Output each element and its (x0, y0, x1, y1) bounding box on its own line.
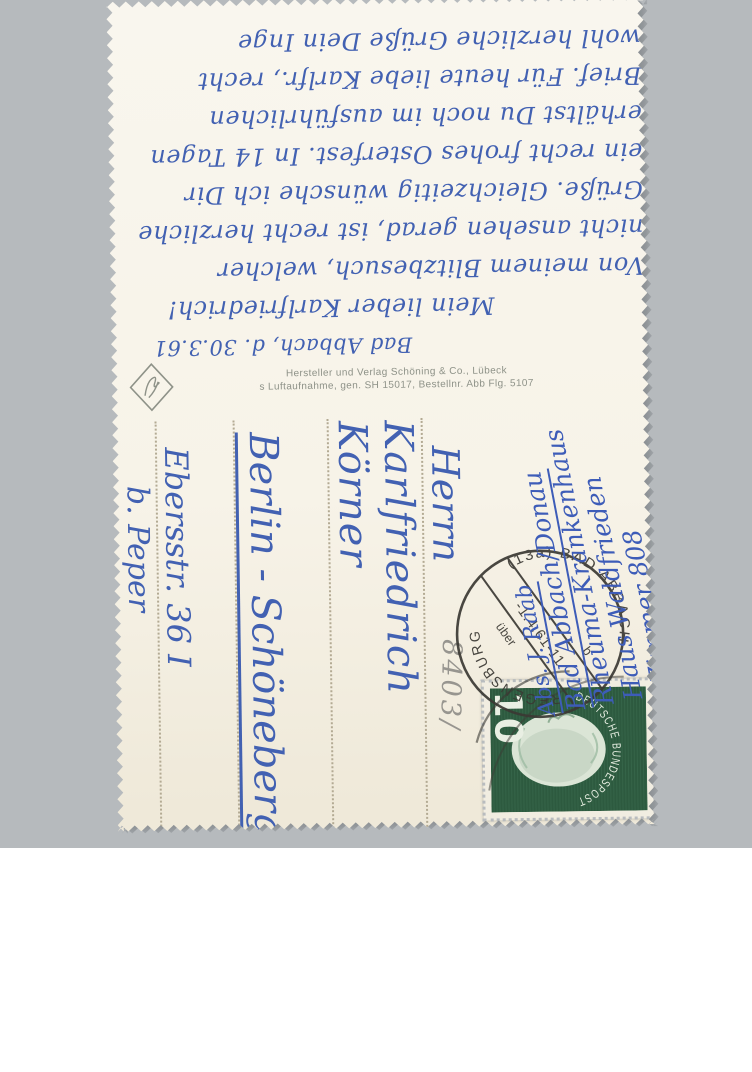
address-line-row: Karlfriedrich Körner (327, 418, 427, 844)
address-co-line: b. Peper (121, 486, 153, 613)
address-recipient-title: Herrn (423, 445, 469, 562)
message-dateline: Bad Abbach, d. 30.3.61 (137, 322, 645, 367)
scan-mat (0, 848, 752, 1072)
address-line-row: Ebersstr. 36 I (155, 421, 239, 847)
address-city: Berlin - Schöneberg (235, 432, 292, 838)
message-line: ein recht frohes Osterfest. In 14 Tagen (134, 132, 642, 177)
message-line: Brief. Für heute liebe Karlfr., recht (133, 56, 641, 101)
message-block: Bad Abbach, d. 30.3.61 Mein lieber Karlf… (132, 10, 645, 367)
publisher-logo-icon (127, 361, 176, 419)
message-line: erhältst Du noch im ausführlichen (134, 94, 642, 139)
message-line: Grüße. Gleichzeitig wünsche ich Dir (135, 170, 643, 215)
publisher-imprint: Hersteller und Verlag Schöning & Co., Lü… (206, 364, 586, 394)
address-line-row: Berlin - Schöneberg (233, 419, 333, 845)
address-recipient-name: Karlfriedrich Körner (329, 420, 427, 844)
postcard: Bad Abbach, d. 30.3.61 Mein lieber Karlf… (106, 0, 655, 832)
message-salutation: Mein lieber Karlfriedrich! (136, 284, 644, 329)
message-line: nicht ansehen gerad, ist recht herzliche (135, 208, 643, 253)
address-street: Ebersstr. 36 I (157, 447, 198, 667)
message-line: wohl herzliche Grüße Dein Inge (133, 18, 641, 63)
address-line-row: b. Peper (121, 422, 161, 847)
message-line: Von meinem Blitzbesuch, welcher (136, 246, 644, 291)
address-block: Herrn Karlfriedrich Körner Berlin - Schö… (129, 417, 479, 847)
address-line-row: Herrn (421, 417, 479, 843)
